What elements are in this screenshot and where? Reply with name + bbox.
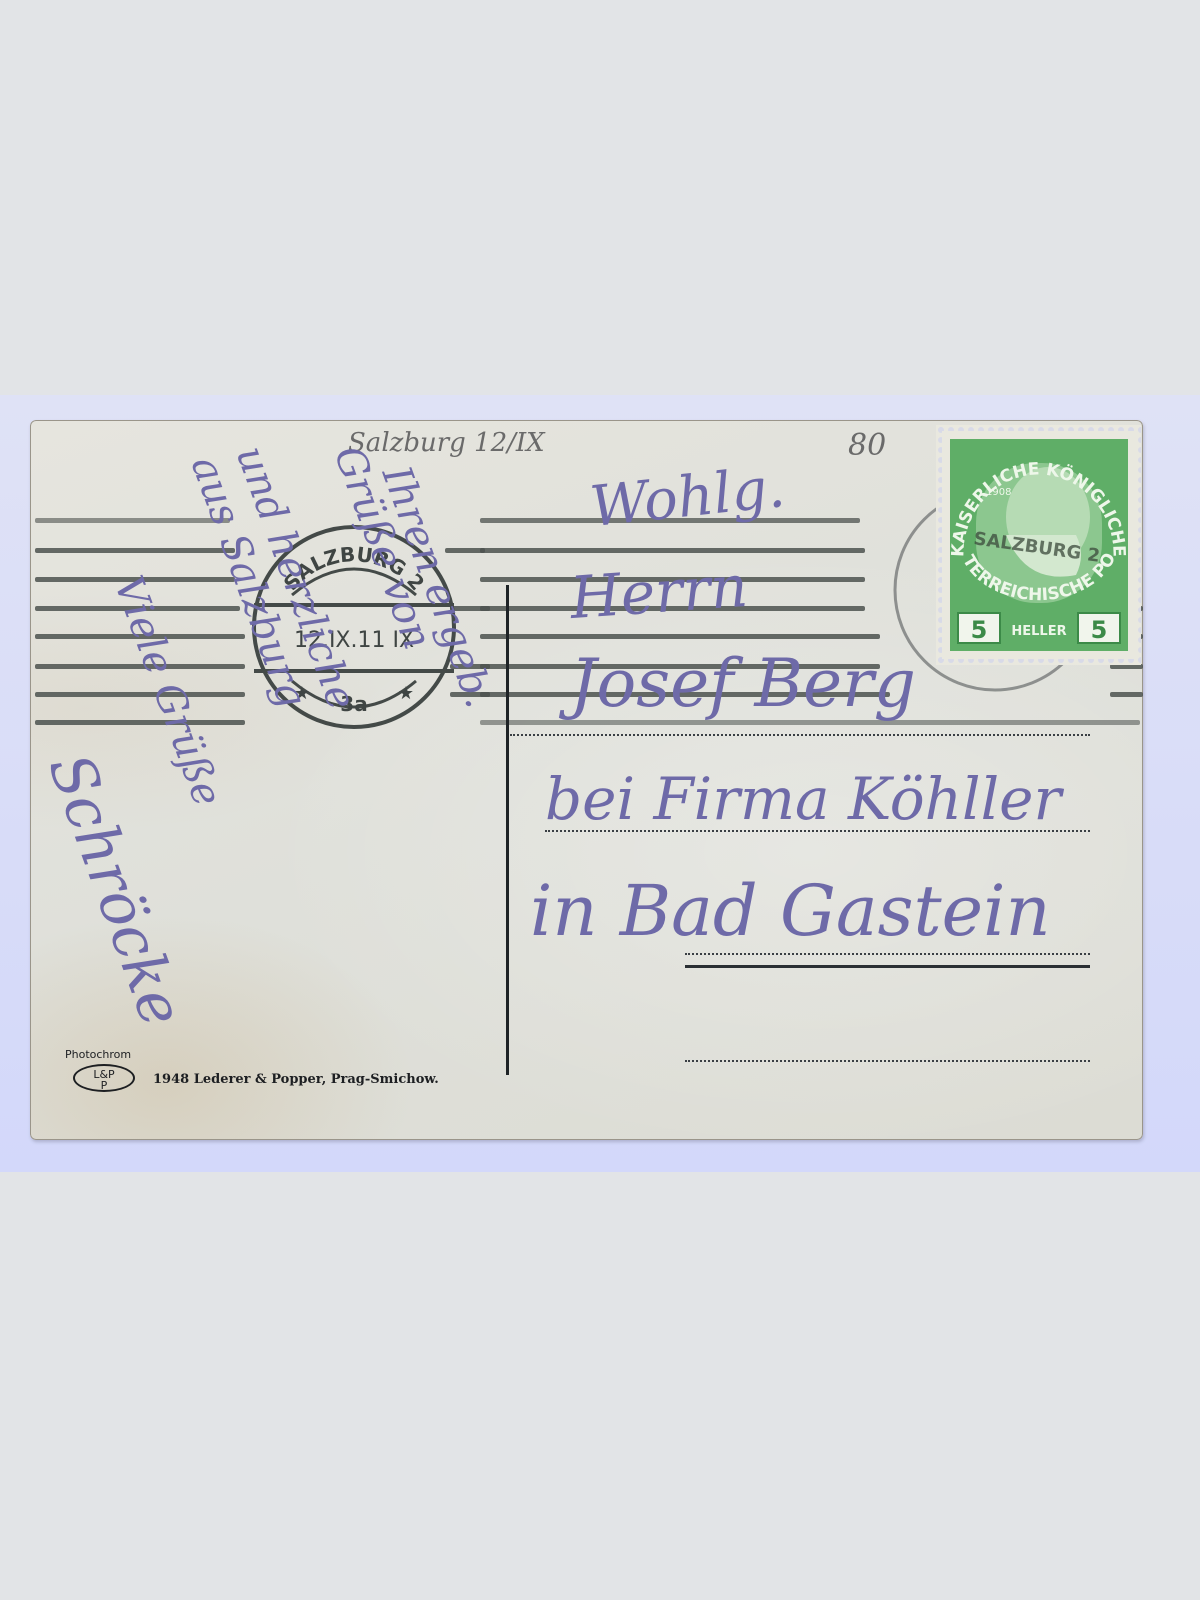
logo-brand-text: Photochrom [65,1048,131,1061]
publisher-imprint: Photochrom L&P P 1948 Lederer & Popper, … [65,1048,439,1096]
address-line-3 [685,953,1090,955]
address-line-1 [510,734,1090,736]
star-icon: ★ [398,683,414,704]
message-signature: Schröcke [34,745,197,1035]
stamp-value-right: 5 [1091,616,1108,644]
pencil-note-place-date: Salzburg 12/IX [348,428,545,458]
address-salutation: Wohlg. [587,455,788,540]
logo-oval-mark: L&P P [73,1064,135,1092]
message-address-divider [506,585,509,1075]
logo-mark-line2: P [101,1079,108,1092]
stamp-year: 1908 [986,487,1011,498]
postcard: SALZBURG 2 12.IX.11 IX 3a ★ ★ [30,420,1143,1140]
stamp-currency: HELLER [1011,624,1066,639]
address-underline-destination [685,965,1090,968]
stamp-value-left: 5 [971,616,988,644]
pencil-note-number: 80 [848,428,886,463]
publisher-text: 1948 Lederer & Popper, Prag-Smichow. [153,1072,439,1087]
postage-stamp: KAISERLICHE KÖNIGLICHE ÖSTERREICHISCHE P… [936,425,1141,665]
message-line: Viele Grüße [105,570,231,812]
address-name: Josef Berg [570,645,916,722]
address-destination: in Bad Gastein [530,870,1051,952]
photochrom-logo: Photochrom L&P P [65,1048,145,1096]
address-company: bei Firma Köhller [545,765,1061,833]
address-title: Herrn [568,552,750,632]
address-line-4 [685,1060,1090,1062]
